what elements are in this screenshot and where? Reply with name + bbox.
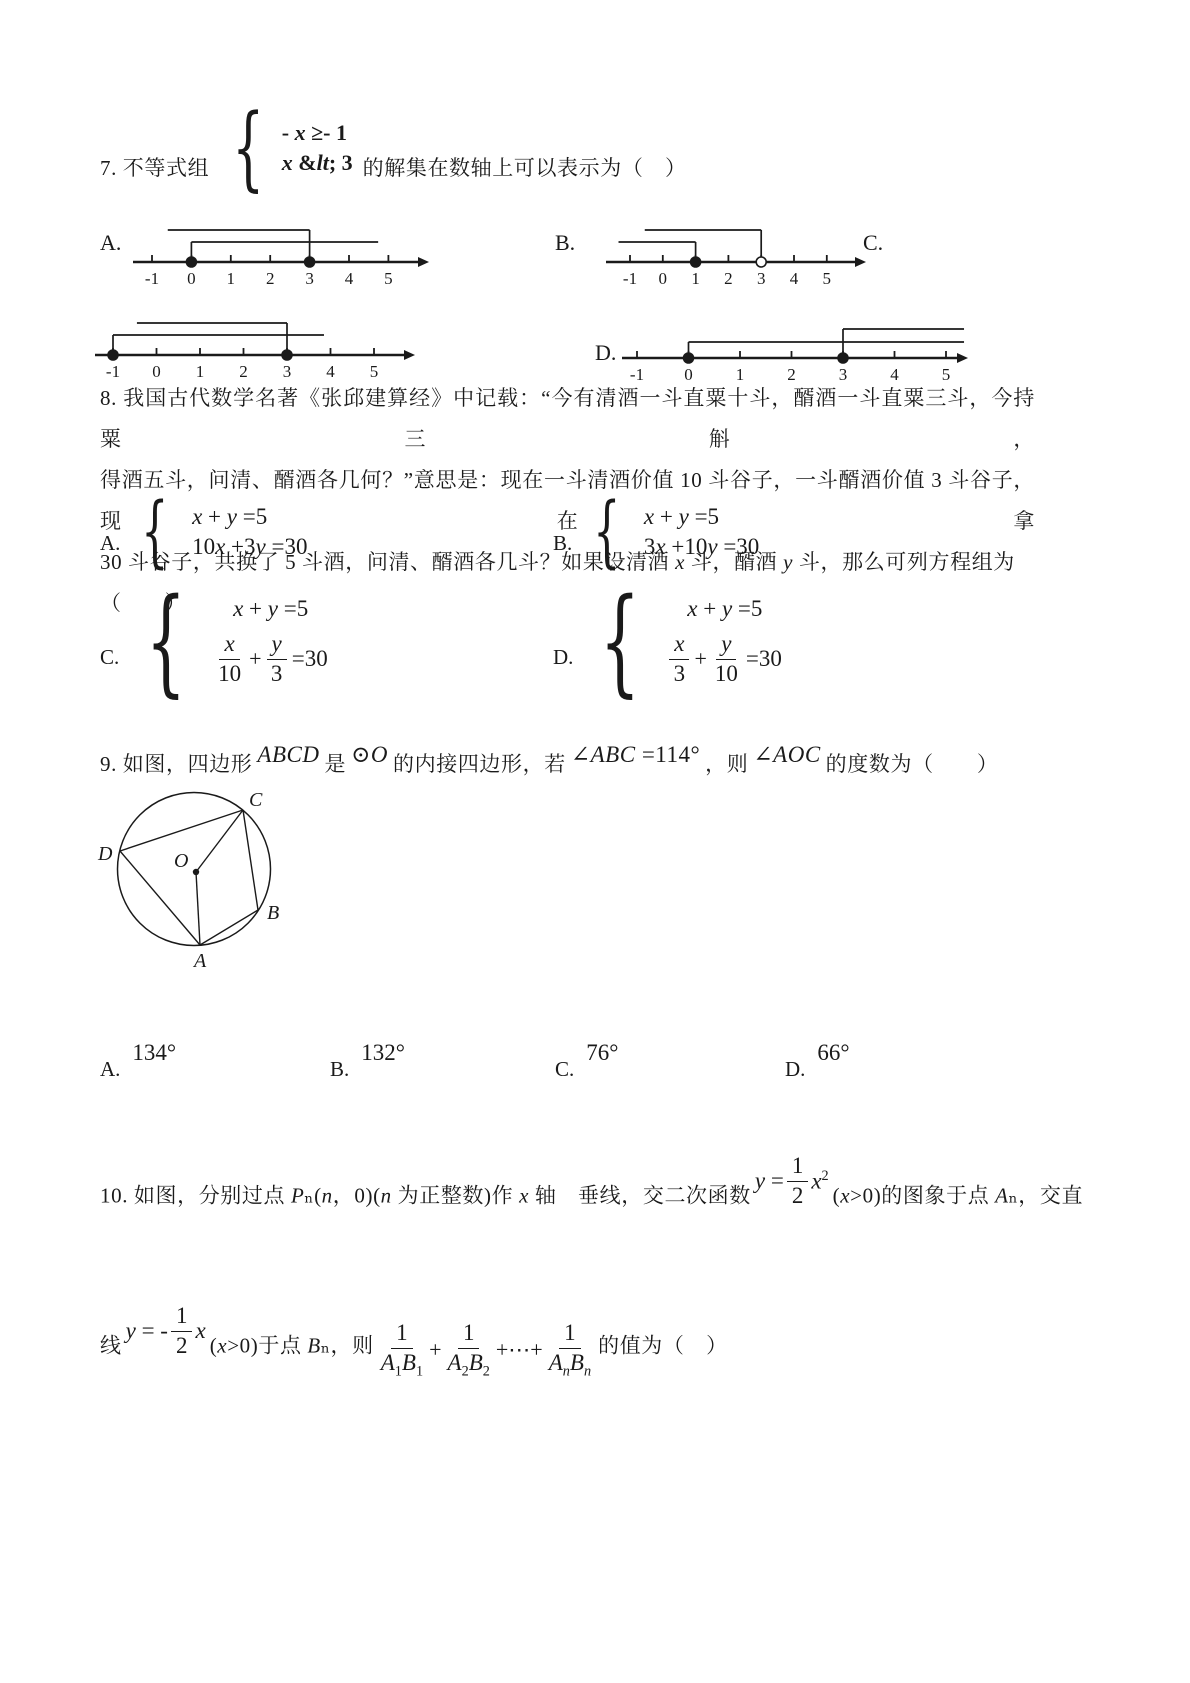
q10-seg2: (x>0)的图象于点 Aₙ，交直 [833,1183,1083,1207]
denominator: 10 [712,660,741,689]
numerator: 1 [559,1319,581,1349]
q8-option-B-system: x + y =5 3x +10y =30 [638,504,759,560]
circle-O [118,793,271,946]
denominator: 3 [671,660,689,689]
numerator: 1 [391,1319,413,1349]
q8-option-D-label: D. [553,645,573,670]
q9-option-B: B. 132° [330,1034,405,1082]
q10-line-formula: y = - 12 x [126,1302,206,1361]
tick-label: 1 [691,269,700,288]
q8-A-eq2: 10x +3y =30 [192,534,307,560]
q9-seg3: 的内接四边形，若 [393,752,566,776]
q9-math-ABCD: ABCD [257,742,319,767]
segment-OC [196,810,243,872]
ellipsis-terms: +⋯+ [496,1337,543,1363]
fraction: x10 [215,630,244,689]
tick-label: 4 [345,269,354,288]
denominator: 2 [789,1182,807,1211]
q7-suffix: 的解集在数轴上可以表示为（ ） [363,152,687,184]
q9-option-D-label: D. [785,1057,805,1082]
point-label-C: C [249,789,263,811]
tick-label: 3 [757,269,766,288]
q9-seg1: 9. 如图，四边形 [100,752,252,776]
q8-option-D: D. { x + y =5 x3 + y10 =30 [553,594,782,690]
q7-inequality-1: - x ≥- 1 [282,120,353,146]
q7-system-equations: - x ≥- 1 x &lt; 3 [278,120,353,176]
numerator: x [219,630,239,660]
denominator: 3 [268,660,286,689]
fraction: x3 [669,630,689,689]
exam-page: 7. 不等式组 { - x ≥- 1 x &lt; 3 的解集在数轴上可以表示为… [0,0,1190,1683]
formula-tail: x [195,1318,205,1344]
q9-option-C: C. 76° [555,1034,618,1082]
q8-option-D-system: x + y =5 x3 + y10 =30 [663,596,782,689]
q8-option-C: C. { x + y =5 x10 + y3 =30 [100,594,328,690]
fraction: 1A2B2 [445,1319,493,1381]
left-brace: { [593,500,620,564]
point-label-O: O [174,850,188,872]
axis-arrow [957,353,968,363]
denominator: 2 [173,1332,191,1361]
q8-D-eq1: x + y =5 [669,596,782,622]
q7-option-label-C: C. [863,230,883,256]
filled-endpoint-dot [282,350,292,360]
tick-label: 1 [227,269,236,288]
left-brace: { [232,110,264,186]
equals-rhs: =30 [746,646,782,672]
q9-circle-figure: CDOBA [95,780,315,990]
point-label-D: D [97,843,113,865]
axis-arrow [418,257,429,267]
fraction: 12 [171,1302,193,1361]
q9-math-circleO: ⊙O [351,742,388,767]
filled-endpoint-dot [838,353,848,363]
numerator: y [267,630,287,660]
tick-label: 3 [305,269,314,288]
fraction: 1AnBn [546,1319,594,1381]
q8-option-A: A. { x + y =5 10x +3y =30 [100,500,307,564]
question-7-stem: 7. 不等式组 { - x ≥- 1 x &lt; 3 的解集在数轴上可以表示为… [100,110,687,186]
tick-label: -1 [623,269,637,288]
point-label-B: B [267,902,279,924]
q9-option-C-value: 76° [586,1040,618,1066]
left-brace: { [146,594,187,690]
numerator: 1 [787,1152,809,1182]
denominator: AnBn [546,1349,594,1381]
q7-inequality-system: { - x ≥- 1 x &lt; 3 [219,110,352,186]
axis-arrow [404,350,415,360]
q8-B-eq1: x + y =5 [644,504,759,530]
axis-arrow [855,257,866,267]
q9-option-B-value: 132° [361,1040,405,1066]
q9-math-angleABC: ∠ABC =114° [571,742,700,767]
q8-option-B: B. { x + y =5 3x +10y =30 [553,500,759,564]
q10-seg4: (x>0)于点 Bₙ，则 [210,1333,374,1357]
question-10-stem-line-2: 线 y = - 12 x (x>0)于点 Bₙ，则 1A1B1 + 1A2B2 … [100,1302,728,1381]
q8-C-eq2: x10 + y3 =30 [215,630,328,689]
q10-seg5: 的值为（ ） [598,1333,728,1357]
q7-option-label-D: D. [595,340,616,366]
q9-option-C-label: C. [555,1057,574,1082]
tick-label: 0 [187,269,196,288]
numerator: 1 [171,1302,193,1332]
fraction: 12 [787,1152,809,1211]
plus-sign: + [249,646,261,672]
open-endpoint-dot [756,257,766,267]
q8-C-eq1: x + y =5 [215,596,328,622]
q8-A-eq1: x + y =5 [192,504,307,530]
q9-math-angleAOC: ∠AOC [753,742,820,767]
denominator: A1B1 [378,1349,426,1381]
tick-label: 2 [724,269,733,288]
q7-inequality-2: x &lt; 3 [282,150,353,176]
q8-line-1: 8. 我国古代数学名著《张邱建算经》中记载：“今有清酒一斗直粟十斗，醑酒一斗直粟… [100,378,1035,460]
q8-option-A-system: x + y =5 10x +3y =30 [186,504,307,560]
filled-endpoint-dot [691,257,701,267]
q9-seg4: ，则 [705,752,748,776]
left-brace: { [142,500,169,564]
q9-seg2: 是 [325,752,347,776]
q7-option-label-A: A. [100,230,121,256]
tick-label: 5 [384,269,393,288]
q8-D-eq2: x3 + y10 =30 [669,630,782,689]
question-10-stem-line-1: 10. 如图，分别过点 Pₙ(n，0)(n 为正整数)作 x 轴 垂线，交二次函… [100,1152,1083,1211]
formula-lhs: y = [755,1168,784,1194]
q9-option-D: D. 66° [785,1034,850,1082]
q9-option-B-label: B. [330,1057,349,1082]
fraction: y3 [267,630,287,689]
tick-label: 5 [823,269,832,288]
q7-prefix: 7. 不等式组 [100,152,209,184]
tick-label: 0 [659,269,668,288]
denominator: A2B2 [445,1349,493,1381]
q9-option-A: A. 134° [100,1034,176,1082]
q9-option-A-label: A. [100,1057,120,1082]
q10-seg3: 线 [100,1333,122,1357]
q7-numberline-D: -1012345 [622,293,974,385]
q8-option-C-label: C. [100,645,119,670]
q9-option-A-value: 134° [132,1040,176,1066]
denominator: 10 [215,660,244,689]
q7-option-label-B: B. [555,230,575,256]
fraction: 1A1B1 [378,1319,426,1381]
tick-label: -1 [145,269,159,288]
filled-endpoint-dot [108,350,118,360]
equals-rhs: =30 [292,646,328,672]
q8-B-eq2: 3x +10y =30 [644,534,759,560]
question-9-stem: 9. 如图，四边形ABCD是⊙O的内接四边形，若∠ABC =114°，则∠AOC… [100,742,998,780]
center-dot [193,869,199,875]
q8-option-A-label: A. [100,531,120,556]
fraction: y10 [712,630,741,689]
tick-label: 4 [790,269,799,288]
numerator: y [716,630,736,660]
q7-numberline-C: -1012345 [95,298,425,384]
q7-numberline-A: -1012345 [133,204,435,290]
q10-parabola-formula: y = 12 x2 [755,1152,829,1211]
q8-option-B-label: B. [553,531,572,556]
segment-BA [200,910,258,945]
tick-label: 2 [266,269,275,288]
numerator: x [669,630,689,660]
q9-option-D-value: 66° [817,1040,849,1066]
numerator: 1 [458,1319,480,1349]
formula-lhs: y = - [126,1318,168,1344]
q9-seg5: 的度数为（ ） [826,752,999,776]
point-label-A: A [192,950,207,972]
segment-OA [196,872,200,945]
q10-seg1: 10. 如图，分别过点 Pₙ(n，0)(n 为正整数)作 x 轴 垂线，交二次函… [100,1183,751,1207]
filled-endpoint-dot [186,257,196,267]
q7-numberline-B: -1012345 [578,204,880,290]
plus-sign: + [429,1337,441,1363]
filled-endpoint-dot [305,257,315,267]
plus-sign: + [694,646,706,672]
formula-tail: x2 [811,1168,828,1195]
left-brace: { [600,594,641,690]
q8-option-C-system: x + y =5 x10 + y3 =30 [209,596,328,689]
q10-fraction-sum: 1A1B1 + 1A2B2 +⋯+ 1AnBn [378,1319,594,1381]
inscribed-quadrilateral-diagram: CDOBA [95,780,315,985]
filled-endpoint-dot [684,353,694,363]
